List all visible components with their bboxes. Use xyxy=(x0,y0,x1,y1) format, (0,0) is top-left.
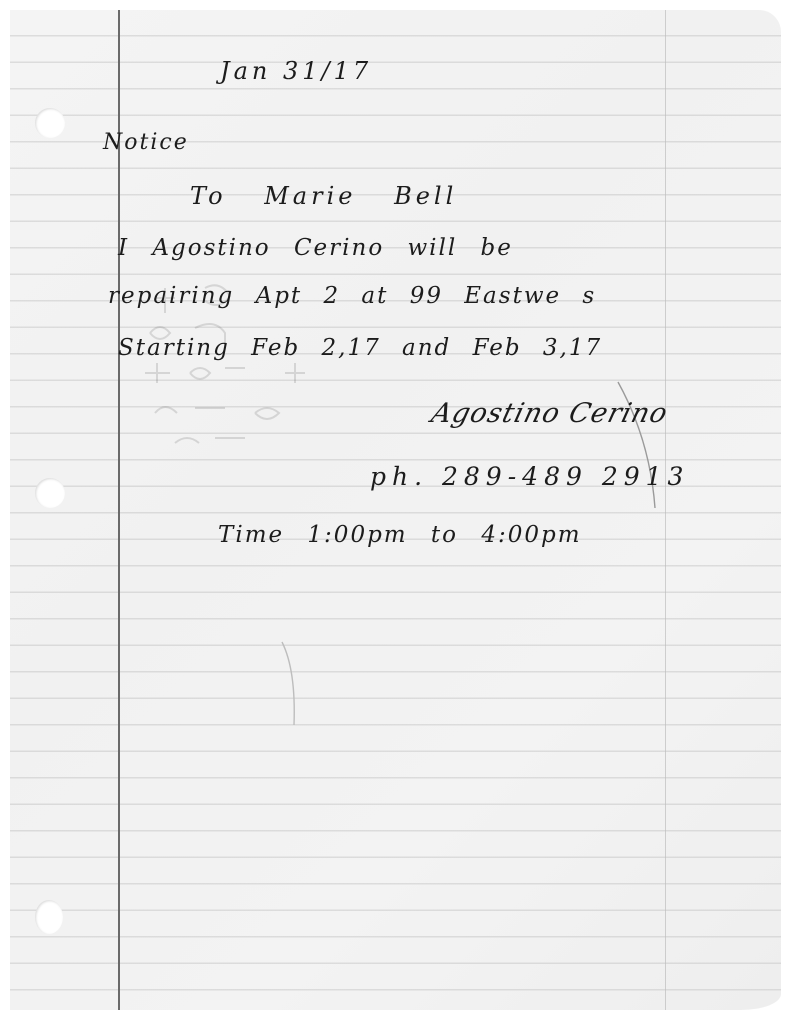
left-margin-line xyxy=(118,10,120,1010)
note-body-line-2: repairing Apt 2 at 99 Eastwe s xyxy=(108,283,596,309)
note-body-line-3: Starting Feb 2,17 and Feb 3,17 xyxy=(118,335,602,361)
note-date: Jan 31/17 xyxy=(220,57,372,85)
hole-punch-top xyxy=(35,108,65,138)
note-heading: Notice xyxy=(103,130,189,155)
note-body-line-1: I Agostino Cerino will be xyxy=(118,235,513,261)
phone-number: ph. 289-489 2913 xyxy=(370,462,689,491)
lined-paper-sheet xyxy=(10,10,781,1010)
note-addressee: To Marie Bell xyxy=(190,182,457,210)
hole-punch-bottom xyxy=(35,900,63,934)
signature: Agostino Cerino xyxy=(428,398,671,429)
work-time: Time 1:00pm to 4:00pm xyxy=(218,522,582,548)
fold-crease-line xyxy=(665,10,666,1010)
hole-punch-middle xyxy=(35,478,65,508)
